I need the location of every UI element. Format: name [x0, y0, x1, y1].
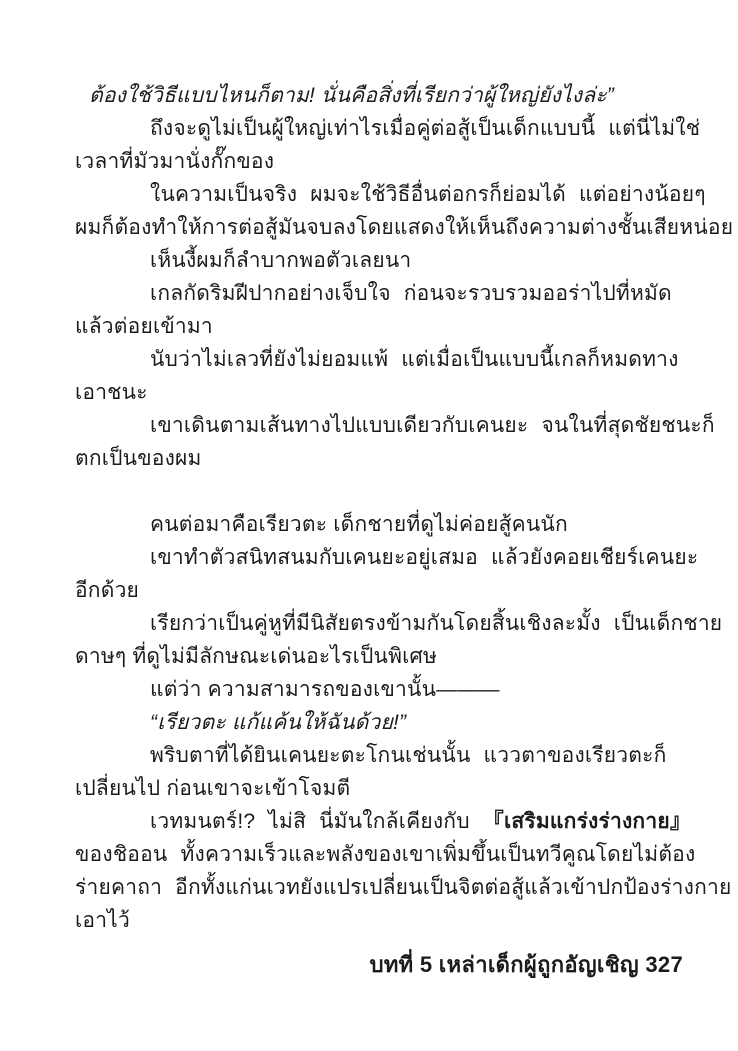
text-line: ในความเป็นจริง ผมจะใช้วิธีอื่นต่อกรก็ย่อ… [75, 178, 667, 211]
text-line: เรียกว่าเป็นคู่หูที่มีนิสัยตรงข้ามกันโดย… [75, 607, 667, 640]
text-line: ของชิออน ทั้งความเร็วและพลังของเขาเพิ่มข… [75, 838, 667, 871]
text-line: แต่ว่า ความสามารถของเขานั้น——— [75, 673, 667, 706]
chapter-footer: บทที่ 5 เหล่าเด็กผู้ถูกอัญเชิญ 327 [370, 948, 683, 981]
text-line: เปลี่ยนไป ก่อนเขาจะเข้าโจมตี [75, 772, 667, 805]
text-line: แล้วต่อยเข้ามา [75, 310, 667, 343]
body-text: ต้องใช้วิธีแบบไหนก็ตาม! นั่นคือสิ่งที่เร… [89, 84, 614, 107]
text-line: คนต่อมาคือเรียวตะ เด็กชายที่ดูไม่ค่อยสู้… [75, 508, 667, 541]
body-text: ตกเป็นของผม [75, 447, 202, 470]
text-line: เขาทำตัวสนิทสนมกับเคนยะอยู่เสมอ แล้วยังค… [75, 541, 667, 574]
body-text: เวลาที่มัวมานั่งกั๊กของ [75, 150, 274, 173]
blank-line [75, 475, 667, 508]
text-line: ร่ายคาถา อีกทั้งแก่นเวทยังแปรเปลี่ยนเป็น… [75, 871, 667, 904]
body-text: เอาไว้ [75, 909, 130, 932]
body-text: คนต่อมาคือเรียวตะ เด็กชายที่ดูไม่ค่อยสู้… [150, 513, 568, 536]
text-line: เวลาที่มัวมานั่งกั๊กของ [75, 145, 667, 178]
text-line: นับว่าไม่เลวที่ยังไม่ยอมแพ้ แต่เมื่อเป็น… [75, 343, 667, 376]
body-text: อีกด้วย [75, 579, 139, 602]
text-line: พริบตาที่ได้ยินเคนยะตะโกนเช่นนั้น แววตาข… [75, 739, 667, 772]
text-line: เห็นงี้ผมก็ลำบากพอตัวเลยนา [75, 244, 667, 277]
body-text: ถึงจะดูไม่เป็นผู้ใหญ่เท่าไรเมื่อคู่ต่อสู… [150, 117, 700, 140]
text-line: เอาไว้ [75, 904, 667, 937]
body-text: เวทมนตร์!? ไม่สิ นี่มันใกล้เคียงกับ [150, 810, 483, 833]
body-text: แล้วต่อยเข้ามา [75, 315, 213, 338]
book-page: ต้องใช้วิธีแบบไหนก็ตาม! นั่นคือสิ่งที่เร… [0, 0, 738, 1051]
skill-name-text: 『เสริมแกร่งร่างกาย』 [483, 810, 691, 833]
body-text: ในความเป็นจริง ผมจะใช้วิธีอื่นต่อกรก็ย่อ… [150, 183, 706, 206]
text-line: ผมก็ต้องทำให้การต่อสู้มันจบลงโดยแสดงให้เ… [75, 211, 667, 244]
body-text: เรียกว่าเป็นคู่หูที่มีนิสัยตรงข้ามกันโดย… [150, 612, 722, 635]
text-line: ตกเป็นของผม [75, 442, 667, 475]
body-text: เอาชนะ [75, 381, 148, 404]
page-text: ต้องใช้วิธีแบบไหนก็ตาม! นั่นคือสิ่งที่เร… [75, 79, 667, 937]
text-line: เกลกัดริมฝีปากอย่างเจ็บใจ ก่อนจะรวบรวมออ… [75, 277, 667, 310]
body-text: เปลี่ยนไป ก่อนเขาจะเข้าโจมตี [75, 777, 350, 800]
body-text: พริบตาที่ได้ยินเคนยะตะโกนเช่นนั้น แววตาข… [150, 744, 667, 767]
body-text: ผมก็ต้องทำให้การต่อสู้มันจบลงโดยแสดงให้เ… [75, 216, 733, 239]
text-line: ถึงจะดูไม่เป็นผู้ใหญ่เท่าไรเมื่อคู่ต่อสู… [75, 112, 667, 145]
body-text: เขาเดินตามเส้นทางไปแบบเดียวกับเคนยะ จนใน… [150, 414, 715, 437]
text-line: เขาเดินตามเส้นทางไปแบบเดียวกับเคนยะ จนใน… [75, 409, 667, 442]
body-text: “เรียวตะ แก้แค้นให้ฉันด้วย!” [150, 711, 406, 734]
body-text: ดาษๆ ที่ดูไม่มีลักษณะเด่นอะไรเป็นพิเศษ [75, 645, 437, 668]
body-text: นับว่าไม่เลวที่ยังไม่ยอมแพ้ แต่เมื่อเป็น… [150, 348, 679, 371]
text-line: “เรียวตะ แก้แค้นให้ฉันด้วย!” [75, 706, 667, 739]
body-text: เห็นงี้ผมก็ลำบากพอตัวเลยนา [150, 249, 411, 272]
body-text: เขาทำตัวสนิทสนมกับเคนยะอยู่เสมอ แล้วยังค… [150, 546, 698, 569]
text-line: ดาษๆ ที่ดูไม่มีลักษณะเด่นอะไรเป็นพิเศษ [75, 640, 667, 673]
text-line: เวทมนตร์!? ไม่สิ นี่มันใกล้เคียงกับ 『เสร… [75, 805, 667, 838]
body-text: แต่ว่า ความสามารถของเขานั้น——— [150, 678, 500, 701]
body-text: ของชิออน ทั้งความเร็วและพลังของเขาเพิ่มข… [75, 843, 695, 866]
body-text: ร่ายคาถา อีกทั้งแก่นเวทยังแปรเปลี่ยนเป็น… [75, 876, 732, 899]
text-line: เอาชนะ [75, 376, 667, 409]
text-line: ต้องใช้วิธีแบบไหนก็ตาม! นั่นคือสิ่งที่เร… [75, 79, 667, 112]
text-line: อีกด้วย [75, 574, 667, 607]
body-text: เกลกัดริมฝีปากอย่างเจ็บใจ ก่อนจะรวบรวมออ… [150, 282, 672, 305]
